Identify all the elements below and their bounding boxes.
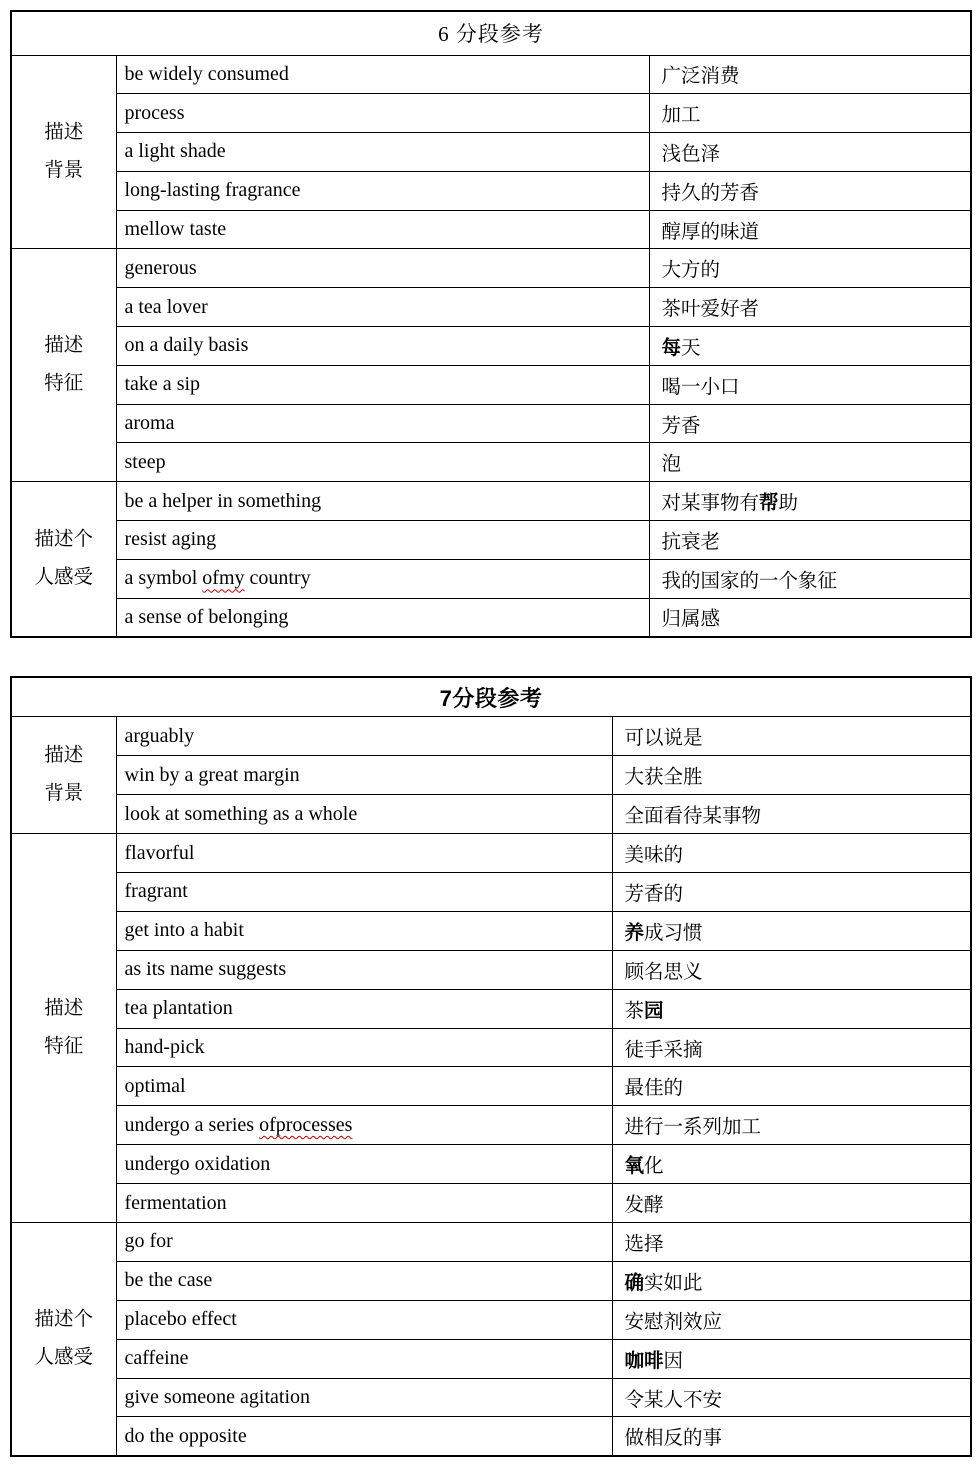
phrase-segment: 茶: [625, 1001, 645, 1022]
table-row: fermentation发酵: [11, 1184, 971, 1223]
chinese-translation-cell: 茶园: [612, 989, 971, 1028]
english-phrase-cell: caffeine: [116, 1339, 612, 1378]
english-phrase-cell: get into a habit: [116, 911, 612, 950]
phrase-segment: 成习惯: [644, 923, 703, 944]
table-row: on a daily basis每天: [11, 327, 971, 366]
band7-table-title: 7分段参考: [11, 677, 971, 717]
chinese-translation-cell: 茶叶爱好者: [649, 288, 971, 327]
phrase-segment: 芳香的: [625, 884, 684, 905]
table-row: tea plantation茶园: [11, 989, 971, 1028]
phrase-segment: 全面看待某事物: [625, 806, 762, 827]
english-phrase-cell: long-lasting fragrance: [116, 171, 649, 210]
table-row: a light shade浅色泽: [11, 133, 971, 172]
phrase-segment: process: [125, 102, 185, 124]
table-row: caffeine咖啡因: [11, 1339, 971, 1378]
english-phrase-cell: hand-pick: [116, 1028, 612, 1067]
table-row: 描述特征generous大方的: [11, 249, 971, 288]
phrase-segment: 茶叶爱好者: [662, 299, 760, 320]
phrase-segment: resist aging: [125, 528, 217, 550]
chinese-translation-cell: 广泛消费: [649, 55, 971, 94]
table-row: mellow taste醇厚的味道: [11, 210, 971, 249]
table-row: give someone agitation令某人不安: [11, 1378, 971, 1417]
misspelled-word: ofprocesses: [259, 1114, 352, 1136]
english-phrase-cell: mellow taste: [116, 210, 649, 249]
chinese-translation-cell: 养成习惯: [612, 911, 971, 950]
category-label-cell: 描述个人感受: [11, 482, 116, 637]
english-phrase-cell: tea plantation: [116, 989, 612, 1028]
phrase-segment: 喝一小口: [662, 377, 740, 398]
english-phrase-cell: a sense of belonging: [116, 598, 649, 637]
english-phrase-cell: give someone agitation: [116, 1378, 612, 1417]
phrase-segment: flavorful: [125, 842, 195, 864]
chinese-translation-cell: 归属感: [649, 598, 971, 637]
chinese-translation-cell: 芳香的: [612, 873, 971, 912]
phrase-segment: 抗衰老: [662, 532, 721, 553]
phrase-segment: 养: [625, 923, 645, 944]
table-row: a tea lover茶叶爱好者: [11, 288, 971, 327]
category-label-line: 描述个: [12, 1301, 116, 1339]
english-phrase-cell: as its name suggests: [116, 950, 612, 989]
chinese-translation-cell: 氧化: [612, 1145, 971, 1184]
phrase-segment: 可以说是: [625, 728, 703, 749]
chinese-translation-cell: 浅色泽: [649, 133, 971, 172]
table-row: 描述个人感受go for选择: [11, 1223, 971, 1262]
table-row: get into a habit养成习惯: [11, 911, 971, 950]
chinese-translation-cell: 发酵: [612, 1184, 971, 1223]
phrase-segment: 园: [644, 1001, 664, 1022]
category-label-line: 人感受: [12, 1339, 116, 1377]
english-phrase-cell: undergo oxidation: [116, 1145, 612, 1184]
table-row: a sense of belonging归属感: [11, 598, 971, 637]
phrase-segment: 做相反的事: [625, 1428, 723, 1449]
phrase-segment: 令某人不安: [625, 1390, 723, 1411]
english-phrase-cell: resist aging: [116, 521, 649, 560]
phrase-segment: 最佳的: [625, 1078, 684, 1099]
phrase-segment: generous: [125, 257, 197, 279]
chinese-translation-cell: 令某人不安: [612, 1378, 971, 1417]
phrase-segment: hand-pick: [125, 1036, 205, 1058]
phrase-segment: 实如此: [644, 1273, 703, 1294]
category-label-line: 人感受: [12, 559, 116, 597]
phrase-segment: 大方的: [662, 260, 721, 281]
phrase-segment: placebo effect: [125, 1308, 237, 1330]
english-phrase-cell: be widely consumed: [116, 55, 649, 94]
table-row: steep泡: [11, 443, 971, 482]
table-row: do the opposite做相反的事: [11, 1417, 971, 1456]
phrase-segment: country: [245, 567, 311, 589]
phrase-segment: get into a habit: [125, 919, 244, 941]
category-label-line: 特征: [12, 1028, 116, 1066]
chinese-translation-cell: 每天: [649, 327, 971, 366]
chinese-translation-cell: 全面看待某事物: [612, 795, 971, 834]
misspelled-word: ofmy: [202, 567, 244, 589]
phrase-segment: 助: [779, 493, 799, 514]
phrase-segment: 归属感: [662, 609, 721, 630]
chinese-translation-cell: 喝一小口: [649, 365, 971, 404]
phrase-segment: 安慰剂效应: [625, 1312, 723, 1333]
chinese-translation-cell: 持久的芳香: [649, 171, 971, 210]
phrase-segment: a sense of belonging: [125, 606, 289, 628]
table-row: 描述个人感受be a helper in something对某事物有帮助: [11, 482, 971, 521]
category-label-line: 特征: [12, 365, 116, 403]
phrase-segment: a tea lover: [125, 296, 208, 318]
category-label-cell: 描述个人感受: [11, 1223, 116, 1456]
table-row: a symbol ofmy country我的国家的一个象征: [11, 559, 971, 598]
english-phrase-cell: undergo a series ofprocesses: [116, 1106, 612, 1145]
chinese-translation-cell: 徒手采摘: [612, 1028, 971, 1067]
english-phrase-cell: process: [116, 94, 649, 133]
category-label-cell: 描述特征: [11, 834, 116, 1223]
phrase-segment: optimal: [125, 1075, 186, 1097]
english-phrase-cell: aroma: [116, 404, 649, 443]
phrase-segment: 持久的芳香: [662, 183, 760, 204]
phrase-segment: fragrant: [125, 880, 188, 902]
table-row: long-lasting fragrance持久的芳香: [11, 171, 971, 210]
chinese-translation-cell: 大方的: [649, 249, 971, 288]
category-label-line: 描述: [12, 737, 116, 775]
chinese-translation-cell: 泡: [649, 443, 971, 482]
phrase-segment: give someone agitation: [125, 1386, 311, 1408]
table-row: resist aging抗衰老: [11, 521, 971, 560]
table-title-row: 6 分段参考: [11, 11, 971, 55]
chinese-translation-cell: 做相反的事: [612, 1417, 971, 1456]
phrase-segment: take a sip: [125, 373, 201, 395]
table-row: take a sip喝一小口: [11, 365, 971, 404]
chinese-translation-cell: 大获全胜: [612, 756, 971, 795]
table-row: 描述特征flavorful美味的: [11, 834, 971, 873]
phrase-segment: do the opposite: [125, 1425, 247, 1447]
phrase-segment: 对某事物有: [662, 493, 760, 514]
english-phrase-cell: a tea lover: [116, 288, 649, 327]
category-label-line: 描述个: [12, 521, 116, 559]
english-phrase-cell: placebo effect: [116, 1300, 612, 1339]
category-label-line: 描述: [12, 327, 116, 365]
phrase-segment: 加工: [662, 105, 701, 126]
english-phrase-cell: win by a great margin: [116, 756, 612, 795]
chinese-translation-cell: 抗衰老: [649, 521, 971, 560]
phrase-segment: a light shade: [125, 140, 226, 162]
category-label-cell: 描述背景: [11, 55, 116, 249]
table-row: win by a great margin大获全胜: [11, 756, 971, 795]
phrase-segment: arguably: [125, 725, 195, 747]
category-label-cell: 描述背景: [11, 717, 116, 834]
english-phrase-cell: arguably: [116, 717, 612, 756]
table-row: undergo a series ofprocesses进行一系列加工: [11, 1106, 971, 1145]
phrase-segment: 氧: [625, 1156, 645, 1177]
phrase-segment: win by a great margin: [125, 764, 300, 786]
chinese-translation-cell: 芳香: [649, 404, 971, 443]
phrase-segment: undergo oxidation: [125, 1153, 271, 1175]
phrase-segment: 选择: [625, 1234, 664, 1255]
phrase-segment: 美味的: [625, 845, 684, 866]
english-phrase-cell: take a sip: [116, 365, 649, 404]
band7-reference-table: 7分段参考 描述背景arguably可以说是win by a great mar…: [10, 676, 972, 1457]
english-phrase-cell: go for: [116, 1223, 612, 1262]
phrase-segment: 因: [664, 1351, 684, 1372]
phrase-segment: undergo a series: [125, 1114, 260, 1136]
band6-table-title: 6 分段参考: [11, 11, 971, 55]
english-phrase-cell: fermentation: [116, 1184, 612, 1223]
phrase-segment: 浅色泽: [662, 144, 721, 165]
table-row: as its name suggests顾名思义: [11, 950, 971, 989]
phrase-segment: as its name suggests: [125, 958, 287, 980]
english-phrase-cell: steep: [116, 443, 649, 482]
phrase-segment: fermentation: [125, 1192, 227, 1214]
table-row: placebo effect安慰剂效应: [11, 1300, 971, 1339]
chinese-translation-cell: 安慰剂效应: [612, 1300, 971, 1339]
table-row: optimal最佳的: [11, 1067, 971, 1106]
english-phrase-cell: on a daily basis: [116, 327, 649, 366]
table-row: look at something as a whole全面看待某事物: [11, 795, 971, 834]
phrase-segment: be a helper in something: [125, 490, 322, 512]
chinese-translation-cell: 加工: [649, 94, 971, 133]
category-label-line: 背景: [12, 152, 116, 190]
band7-table-body: 描述背景arguably可以说是win by a great margin大获全…: [11, 717, 971, 1456]
english-phrase-cell: be a helper in something: [116, 482, 649, 521]
english-phrase-cell: be the case: [116, 1261, 612, 1300]
phrase-segment: caffeine: [125, 1347, 189, 1369]
phrase-segment: 大获全胜: [625, 767, 703, 788]
band6-table-body: 描述背景be widely consumed广泛消费process加工a lig…: [11, 55, 971, 637]
phrase-segment: be widely consumed: [125, 63, 289, 85]
phrase-segment: a symbol: [125, 567, 203, 589]
english-phrase-cell: optimal: [116, 1067, 612, 1106]
phrase-segment: 顾名思义: [625, 962, 703, 983]
phrase-segment: 发酵: [625, 1195, 664, 1216]
phrase-segment: tea plantation: [125, 997, 233, 1019]
chinese-translation-cell: 美味的: [612, 834, 971, 873]
phrase-segment: 泡: [662, 454, 682, 475]
chinese-translation-cell: 可以说是: [612, 717, 971, 756]
phrase-segment: 徒手采摘: [625, 1040, 703, 1061]
chinese-translation-cell: 醇厚的味道: [649, 210, 971, 249]
phrase-segment: long-lasting fragrance: [125, 179, 301, 201]
category-label-cell: 描述特征: [11, 249, 116, 482]
phrase-segment: 帮: [759, 493, 779, 514]
phrase-segment: steep: [125, 451, 166, 473]
category-label-line: 描述: [12, 990, 116, 1028]
english-phrase-cell: flavorful: [116, 834, 612, 873]
chinese-translation-cell: 进行一系列加工: [612, 1106, 971, 1145]
table-row: aroma芳香: [11, 404, 971, 443]
english-phrase-cell: look at something as a whole: [116, 795, 612, 834]
table-title-row: 7分段参考: [11, 677, 971, 717]
english-phrase-cell: do the opposite: [116, 1417, 612, 1456]
table-row: 描述背景arguably可以说是: [11, 717, 971, 756]
table-row: fragrant芳香的: [11, 873, 971, 912]
phrase-segment: look at something as a whole: [125, 803, 358, 825]
phrase-segment: on a daily basis: [125, 334, 249, 356]
english-phrase-cell: a symbol ofmy country: [116, 559, 649, 598]
phrase-segment: 化: [644, 1156, 664, 1177]
table-row: hand-pick徒手采摘: [11, 1028, 971, 1067]
table-row: be the case确实如此: [11, 1261, 971, 1300]
phrase-segment: 每: [662, 338, 682, 359]
phrase-segment: mellow taste: [125, 218, 227, 240]
phrase-segment: 芳香: [662, 416, 701, 437]
phrase-segment: aroma: [125, 412, 175, 434]
english-phrase-cell: generous: [116, 249, 649, 288]
chinese-translation-cell: 顾名思义: [612, 950, 971, 989]
chinese-translation-cell: 对某事物有帮助: [649, 482, 971, 521]
chinese-translation-cell: 我的国家的一个象征: [649, 559, 971, 598]
band6-reference-table: 6 分段参考 描述背景be widely consumed广泛消费process…: [10, 10, 972, 638]
english-phrase-cell: a light shade: [116, 133, 649, 172]
category-label-line: 描述: [12, 114, 116, 152]
chinese-translation-cell: 选择: [612, 1223, 971, 1262]
table-row: 描述背景be widely consumed广泛消费: [11, 55, 971, 94]
phrase-segment: be the case: [125, 1269, 213, 1291]
chinese-translation-cell: 确实如此: [612, 1261, 971, 1300]
phrase-segment: 进行一系列加工: [625, 1117, 762, 1138]
phrase-segment: 咖啡: [625, 1351, 664, 1372]
table-row: undergo oxidation氧化: [11, 1145, 971, 1184]
table-gap-spacer: [10, 638, 970, 676]
chinese-translation-cell: 最佳的: [612, 1067, 971, 1106]
document-page: 6 分段参考 描述背景be widely consumed广泛消费process…: [0, 0, 980, 1471]
english-phrase-cell: fragrant: [116, 873, 612, 912]
phrase-segment: 天: [681, 338, 701, 359]
category-label-line: 背景: [12, 775, 116, 813]
phrase-segment: go for: [125, 1230, 173, 1252]
phrase-segment: 确: [625, 1273, 645, 1294]
table-row: process加工: [11, 94, 971, 133]
phrase-segment: 醇厚的味道: [662, 222, 760, 243]
chinese-translation-cell: 咖啡因: [612, 1339, 971, 1378]
phrase-segment: 广泛消费: [662, 66, 740, 87]
phrase-segment: 我的国家的一个象征: [662, 571, 838, 592]
